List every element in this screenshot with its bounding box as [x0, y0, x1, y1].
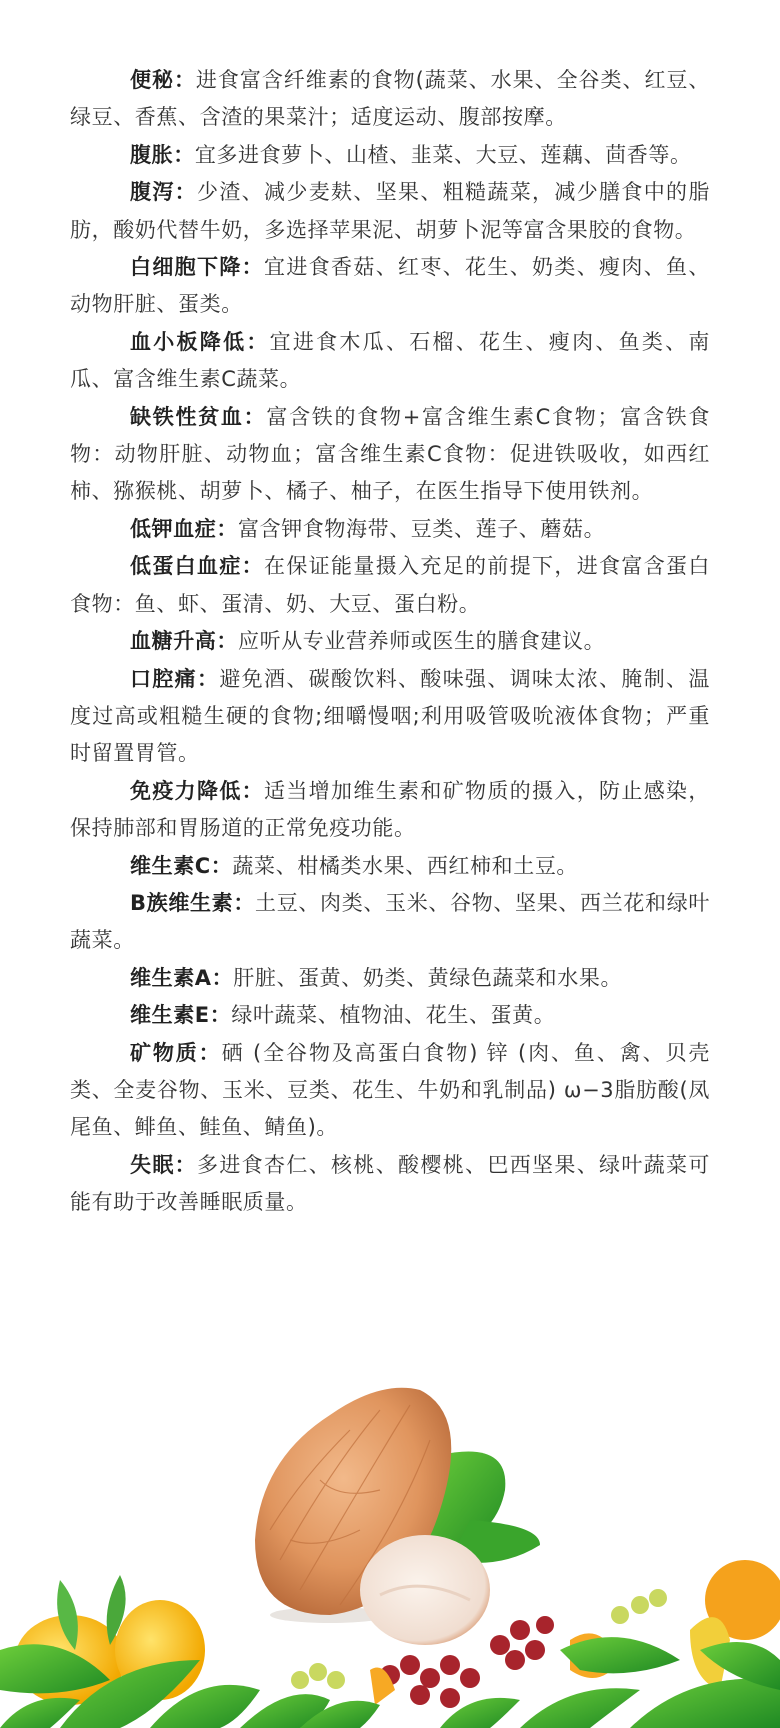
entry-term: 血糖升高： [130, 629, 238, 653]
entry-term: 腹泻： [130, 180, 197, 204]
entry-term: 免疫力降低： [130, 779, 264, 803]
entry-term: 维生素E： [130, 1003, 231, 1027]
entry-vitamin-c: 维生素C：蔬菜、柑橘类水果、西红柿和土豆。 [70, 848, 710, 885]
entry-hyperglycemia: 血糖升高：应听从专业营养师或医生的膳食建议。 [70, 623, 710, 660]
entry-term: 白细胞下降： [130, 255, 264, 279]
entry-term: 维生素C： [130, 854, 232, 878]
entry-vitamin-e: 维生素E：绿叶蔬菜、植物油、花生、蛋黄。 [70, 997, 710, 1034]
entry-term: 便秘： [130, 68, 196, 92]
entry-vitamin-b: B族维生素：土豆、肉类、玉米、谷物、坚果、西兰花和绿叶蔬菜。 [70, 885, 710, 960]
entry-vitamin-a: 维生素A：肝脏、蛋黄、奶类、黄绿色蔬菜和水果。 [70, 960, 710, 997]
entry-term: 缺铁性贫血： [130, 405, 266, 429]
entry-minerals: 矿物质：硒 (全谷物及高蛋白食物) 锌 (肉、鱼、禽、贝壳类、全麦谷物、玉米、豆… [70, 1035, 710, 1147]
almond-fruit-illustration [0, 1360, 780, 1728]
entry-insomnia: 失眠：多进食杏仁、核桃、酸樱桃、巴西坚果、绿叶蔬菜可能有助于改善睡眠质量。 [70, 1147, 710, 1222]
entry-thrombocytopenia: 血小板降低：宜进食木瓜、石榴、花生、瘦肉、鱼类、南瓜、富含维生素C蔬菜。 [70, 324, 710, 399]
nutrition-guide: 便秘：进食富含纤维素的食物(蔬菜、水果、全谷类、红豆、绿豆、香蕉、含渣的果菜汁；… [70, 62, 710, 1222]
entry-term: 维生素A： [130, 966, 233, 990]
entry-leukopenia: 白细胞下降：宜进食香菇、红枣、花生、奶类、瘦肉、鱼、动物肝脏、蛋类。 [70, 249, 710, 324]
entry-immunity: 免疫力降低：适当增加维生素和矿物质的摄入，防止感染，保持肺部和胃肠道的正常免疫功… [70, 773, 710, 848]
almond-half-icon [360, 1535, 490, 1645]
entry-iron-anemia: 缺铁性贫血：富含铁的食物+富含维生素C食物；富含铁食物：动物肝脏、动物血；富含维… [70, 399, 710, 511]
entry-desc: 富含钾食物海带、豆类、莲子、蘑菇。 [238, 517, 605, 541]
entry-desc: 宜多进食萝卜、山楂、韭菜、大豆、莲藕、茴香等。 [195, 143, 692, 167]
entry-bloating: 腹胀：宜多进食萝卜、山楂、韭菜、大豆、莲藕、茴香等。 [70, 137, 710, 174]
entry-desc: 应听从专业营养师或医生的膳食建议。 [238, 629, 605, 653]
entry-desc: 绿叶蔬菜、植物油、花生、蛋黄。 [231, 1003, 555, 1027]
entry-term: 矿物质： [130, 1041, 222, 1065]
entry-term: 低蛋白血症： [130, 554, 264, 578]
entry-hypoproteinemia: 低蛋白血症：在保证能量摄入充足的前提下，进食富含蛋白食物：鱼、虾、蛋清、奶、大豆… [70, 548, 710, 623]
entry-constipation: 便秘：进食富含纤维素的食物(蔬菜、水果、全谷类、红豆、绿豆、香蕉、含渣的果菜汁；… [70, 62, 710, 137]
entry-term: 腹胀： [130, 143, 195, 167]
entry-diarrhea: 腹泻：少渣、减少麦麸、坚果、粗糙蔬菜，减少膳食中的脂肪，酸奶代替牛奶，多选择苹果… [70, 174, 710, 249]
entry-term: B族维生素： [130, 891, 255, 915]
entry-desc: 肝脏、蛋黄、奶类、黄绿色蔬菜和水果。 [233, 966, 622, 990]
entry-mouth-pain: 口腔痛：避免酒、碳酸饮料、酸味强、调味太浓、腌制、温度过高或粗糙生硬的食物;细嚼… [70, 661, 710, 773]
entry-term: 血小板降低： [130, 330, 270, 354]
entry-term: 失眠： [130, 1153, 197, 1177]
entry-hypokalemia: 低钾血症：富含钾食物海带、豆类、莲子、蘑菇。 [70, 511, 710, 548]
entry-term: 低钾血症： [130, 517, 238, 541]
entry-desc: 蔬菜、柑橘类水果、西红柿和土豆。 [232, 854, 578, 878]
entry-term: 口腔痛： [130, 667, 219, 691]
